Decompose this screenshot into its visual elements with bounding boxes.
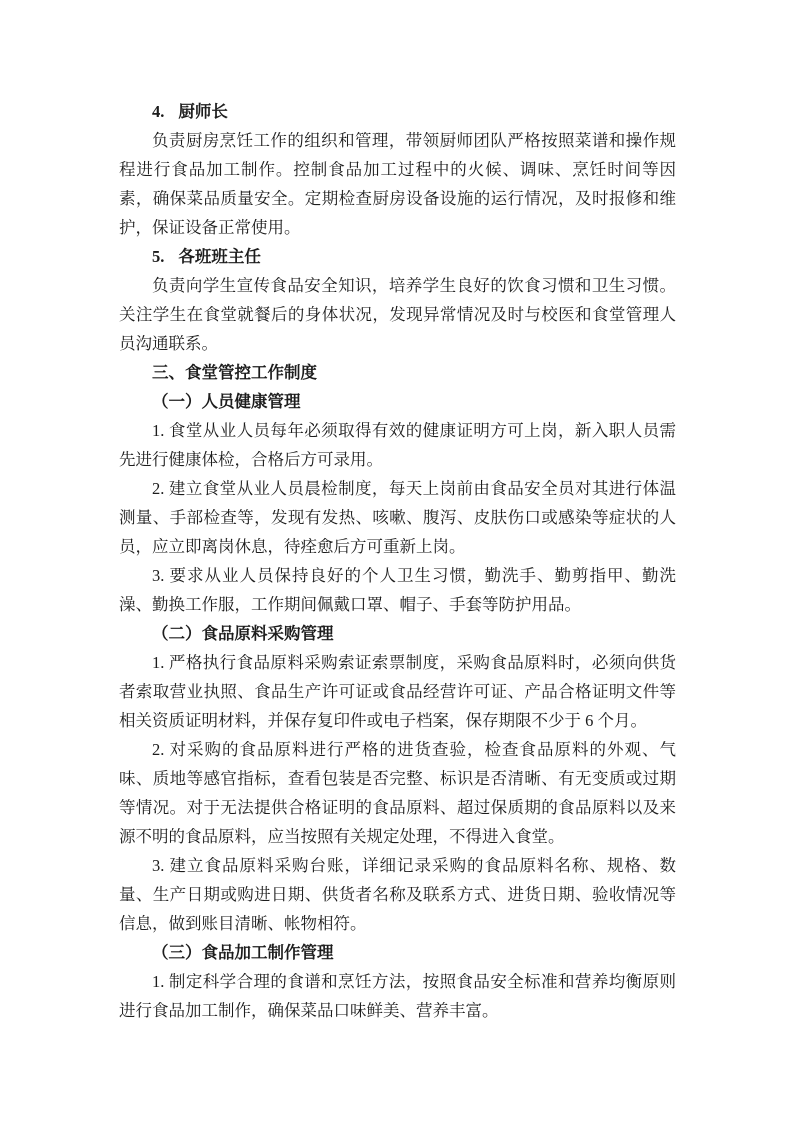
- body-paragraph: 3. 建立食品原料采购台账，详细记录采购的食品原料名称、规格、数量、生产日期或购…: [119, 851, 676, 938]
- section-heading: （一）人员健康管理: [119, 387, 676, 416]
- document-content: 4.厨师长负责厨房烹饪工作的组织和管理，带领厨师团队严格按照菜谱和操作规程进行食…: [119, 97, 676, 1025]
- body-paragraph: 负责厨房烹饪工作的组织和管理，带领厨师团队严格按照菜谱和操作规程进行食品加工制作…: [119, 126, 676, 242]
- body-paragraph: 2. 建立食堂从业人员晨检制度，每天上岗前由食品安全员对其进行体温测量、手部检查…: [119, 474, 676, 561]
- body-paragraph: 3. 要求从业人员保持良好的个人卫生习惯，勤洗手、勤剪指甲、勤洗澡、勤换工作服，…: [119, 561, 676, 619]
- section-heading: （二）食品原料采购管理: [119, 619, 676, 648]
- body-paragraph: 2. 对采购的食品原料进行严格的进货查验，检查食品原料的外观、气味、质地等感官指…: [119, 735, 676, 851]
- section-heading: 4.厨师长: [119, 97, 676, 126]
- section-heading: （三）食品加工制作管理: [119, 938, 676, 967]
- heading-title: 厨师长: [178, 102, 228, 121]
- section-heading: 5.各班班主任: [119, 242, 676, 271]
- heading-number: 4.: [152, 102, 164, 121]
- heading-title: 各班班主任: [178, 247, 261, 266]
- heading-number: 5.: [152, 247, 164, 266]
- body-paragraph: 1. 制定科学合理的食谱和烹饪方法，按照食品安全标准和营养均衡原则进行食品加工制…: [119, 967, 676, 1025]
- body-paragraph: 负责向学生宣传食品安全知识，培养学生良好的饮食习惯和卫生习惯。关注学生在食堂就餐…: [119, 271, 676, 358]
- body-paragraph: 1. 严格执行食品原料采购索证索票制度，采购食品原料时，必须向供货者索取营业执照…: [119, 648, 676, 735]
- document-page: 4.厨师长负责厨房烹饪工作的组织和管理，带领厨师团队严格按照菜谱和操作规程进行食…: [0, 0, 793, 1122]
- section-heading: 三、食堂管控工作制度: [119, 358, 676, 387]
- body-paragraph: 1. 食堂从业人员每年必须取得有效的健康证明方可上岗，新入职人员需先进行健康体检…: [119, 416, 676, 474]
